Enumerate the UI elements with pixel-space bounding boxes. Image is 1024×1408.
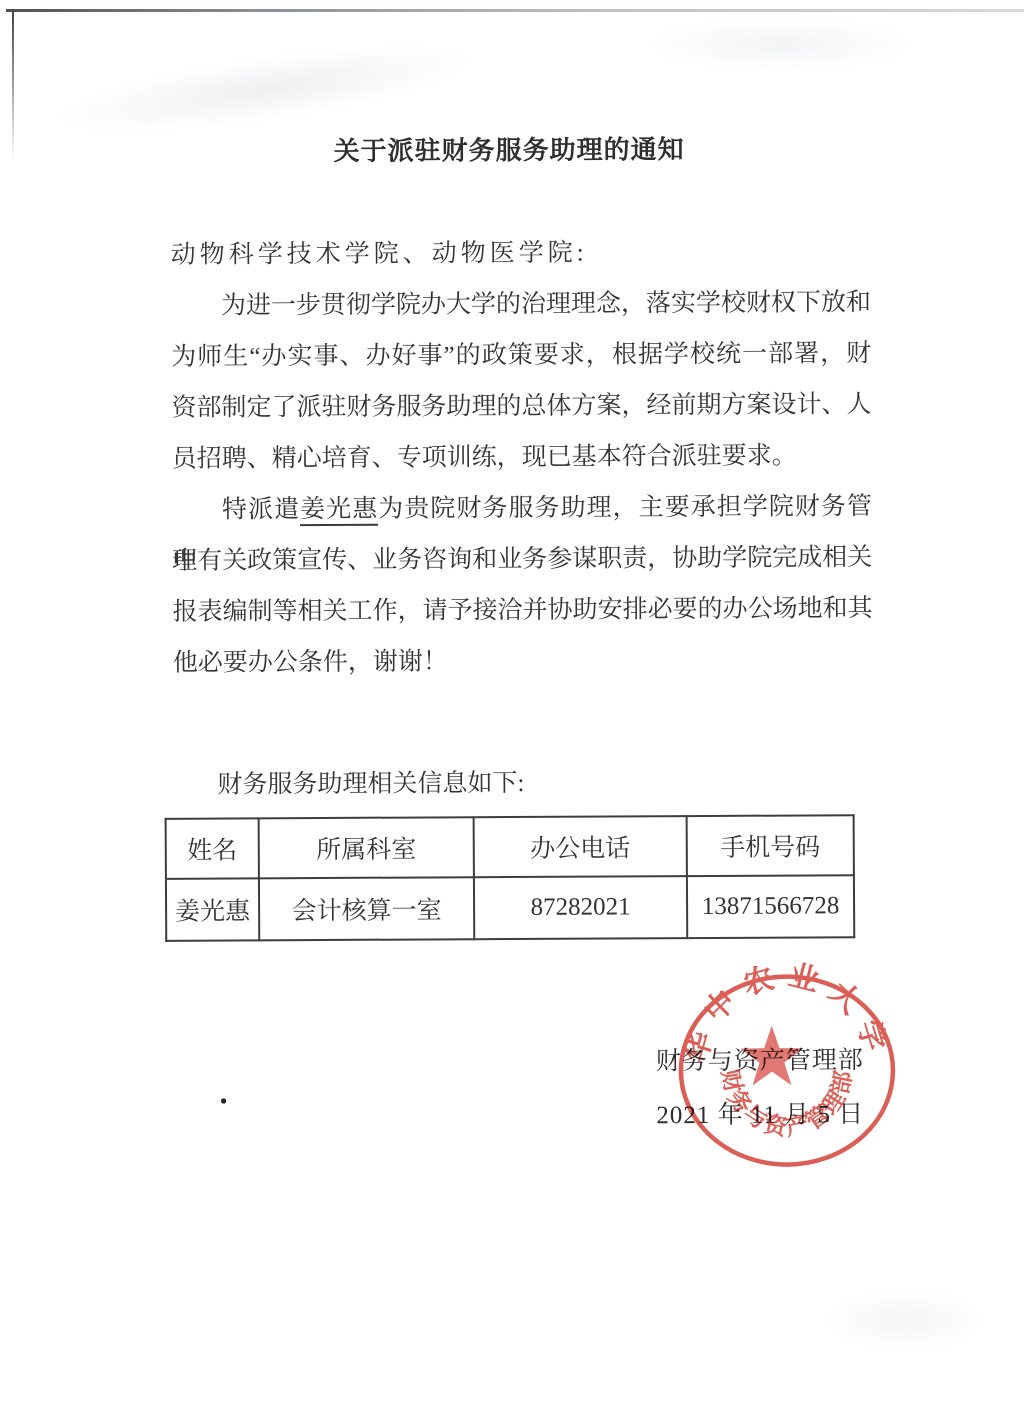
ink-speck — [221, 1099, 226, 1104]
assistant-info-table: 姓名 所属科室 办公电话 手机号码 姜光惠 会计核算一室 87282021 13… — [165, 814, 856, 942]
col-header-name: 姓名 — [166, 818, 259, 878]
scanned-notice-page: 关于派驻财务服务助理的通知 动物科学技术学院、动物医学院: 为进一步贯彻学院办大… — [0, 0, 1024, 1408]
table-row: 姜光惠 会计核算一室 87282021 13871566728 — [166, 875, 854, 941]
addressee-line: 动物科学技术学院、动物医学院: — [171, 226, 871, 281]
official-seal-stamp: 华中农业大学 财务与资产管理部 — [619, 932, 954, 1210]
cell-mobile: 13871566728 — [687, 875, 854, 938]
col-header-mobile: 手机号码 — [687, 815, 854, 876]
notice-body: 动物科学技术学院、动物医学院: 为进一步贯彻学院办大学的治理理念，落实学校财权下… — [171, 226, 873, 689]
paragraph2-line3: 报表编制等相关工作，请予接洽并协助安排必要的办公场地和其 — [172, 583, 872, 638]
cell-name: 姜光惠 — [166, 878, 259, 940]
col-header-department: 所属科室 — [259, 817, 474, 878]
table-intro: 财务服务助理相关信息如下: — [173, 756, 917, 811]
notice-title: 关于派驻财务服务助理的通知 — [147, 131, 871, 169]
paragraph2-line1: 特派遣姜光惠为贵院财务服务助理，主要承担学院财务管理 — [172, 481, 872, 536]
paragraph2-line4: 他必要办公条件，谢谢！ — [173, 634, 873, 689]
table-header-row: 姓名 所属科室 办公电话 手机号码 — [166, 815, 854, 879]
cell-office-phone: 87282021 — [474, 876, 687, 939]
p2-prefix: 特派遣 — [222, 496, 300, 523]
col-header-office-phone: 办公电话 — [474, 816, 687, 877]
paragraph1-line3: 资部制定了派驻财务服务助理的总体方案，经前期方案设计、人 — [171, 379, 871, 434]
star-icon — [740, 1025, 803, 1085]
cell-department: 会计核算一室 — [259, 877, 474, 940]
notice-content: 关于派驻财务服务助理的通知 动物科学技术学院、动物医学院: 为进一步贯彻学院办大… — [0, 0, 1024, 1408]
paragraph1-line2: 为师生“办实事、办好事”的政策要求，根据学校统一部署，财 — [171, 328, 871, 383]
assistant-name-underlined: 姜光惠 — [300, 496, 378, 526]
paragraph2-line2: 中有关政策宣传、业务咨询和业务参谋职责，协助学院完成相关 — [172, 532, 872, 587]
paragraph1-line4: 员招聘、精心培育、专项训练，现已基本符合派驻要求。 — [172, 430, 872, 485]
paragraph1-line1: 为进一步贯彻学院办大学的治理理念，落实学校财权下放和 — [171, 277, 871, 332]
